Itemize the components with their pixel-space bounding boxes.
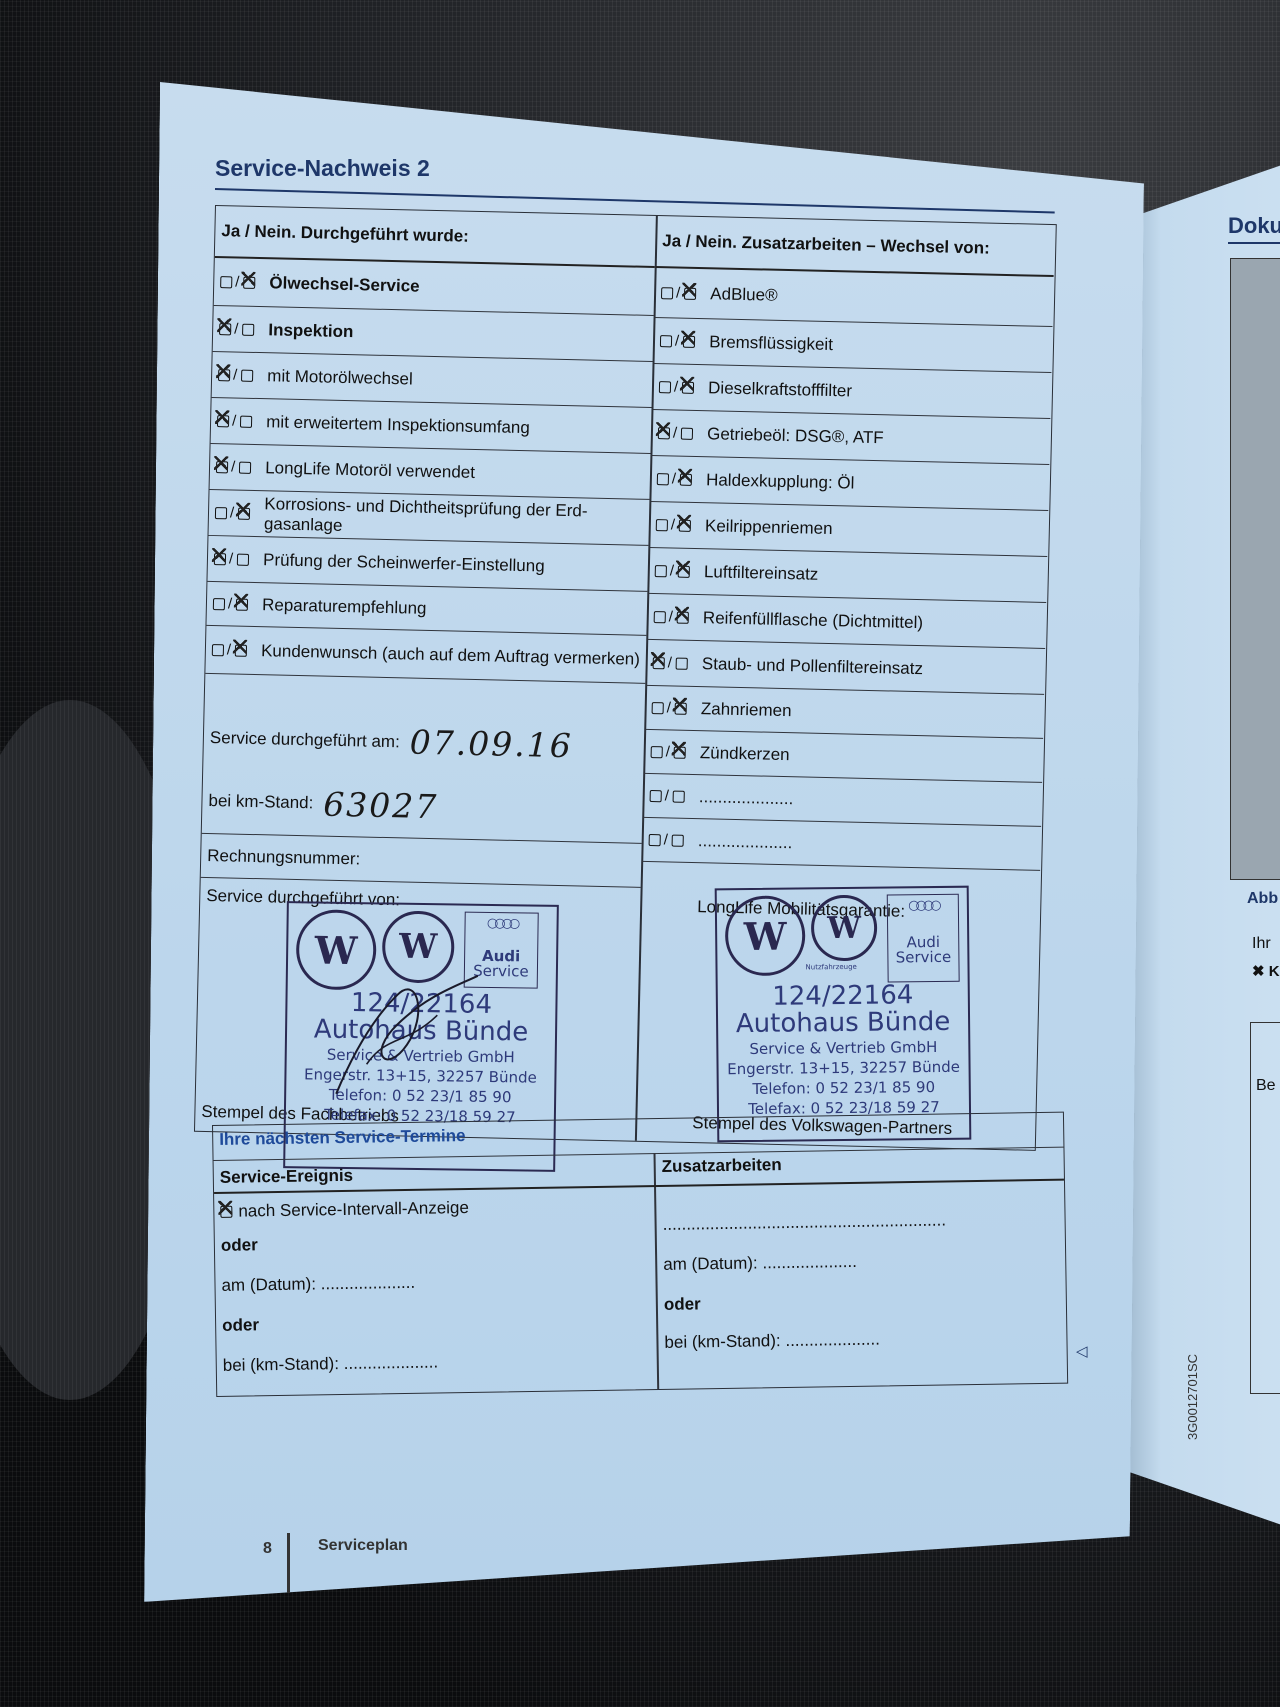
- service-date-value[interactable]: 07.09.16: [409, 723, 573, 766]
- ja-checkbox[interactable]: [657, 473, 669, 485]
- ja-nein-checkboxes: /: [659, 378, 695, 396]
- vw-logo-icon: W: [725, 895, 806, 976]
- checklist-label: AdBlue®: [710, 284, 778, 305]
- nein-checkbox[interactable]: [242, 323, 254, 335]
- ja-nein-checkboxes: /: [658, 424, 694, 442]
- checklist-label: ....................: [699, 787, 794, 809]
- checklist-label: Zahnriemen: [701, 699, 792, 721]
- separator: /: [233, 366, 239, 383]
- ja-checkbox[interactable]: [219, 323, 231, 335]
- ja-nein-checkboxes: /: [654, 608, 690, 626]
- ja-nein-checkboxes: /: [217, 412, 253, 430]
- left-checklist-row: /Kundenwunsch (auch auf dem Auftrag verm…: [205, 626, 646, 684]
- checklist-label: Luftfiltereinsatz: [704, 562, 819, 584]
- ja-checkbox[interactable]: [655, 565, 667, 577]
- right-checklist-row: /....................: [642, 818, 1041, 871]
- ja-nein-checkboxes: /: [656, 516, 692, 534]
- ja-nein-checkboxes: /: [214, 550, 250, 568]
- ja-nein-checkboxes: /: [652, 699, 688, 717]
- page-number: 8: [263, 1540, 272, 1558]
- continue-arrow-icon: ◁: [1076, 1342, 1088, 1360]
- additional-work-header: Zusatzarbeiten: [662, 1155, 782, 1177]
- checklist-label: LongLife Motoröl verwendet: [265, 458, 475, 482]
- km-label: bei km-Stand:: [208, 791, 313, 813]
- separator: /: [670, 562, 676, 579]
- nein-checkbox[interactable]: [673, 790, 685, 802]
- ja-checkbox[interactable]: [215, 507, 227, 519]
- checklist-label: Bremsflüssigkeit: [709, 332, 833, 354]
- ja-nein-checkboxes: /: [653, 654, 689, 672]
- ja-checkbox[interactable]: [660, 335, 672, 347]
- footer-divider: [287, 1533, 290, 1593]
- checklist-label: mit erweitertem Inspektionsumfang: [266, 412, 530, 438]
- separator: /: [676, 284, 682, 301]
- additional-date-field[interactable]: am (Datum): ....................: [663, 1252, 857, 1275]
- checklist-label: mit Motorölwechsel: [267, 366, 413, 389]
- interval-label: nach Service-Intervall-Anzeige: [238, 1198, 469, 1222]
- nein-checkbox[interactable]: [681, 427, 693, 439]
- divider: [214, 1147, 1064, 1162]
- ja-checkbox[interactable]: [658, 427, 670, 439]
- nein-checkbox[interactable]: [684, 287, 696, 299]
- ja-checkbox[interactable]: [656, 519, 668, 531]
- separator: /: [672, 470, 678, 487]
- ja-nein-checkboxes: /: [650, 787, 686, 805]
- checklist-label: ....................: [698, 831, 793, 853]
- ja-checkbox[interactable]: [650, 790, 662, 802]
- ja-checkbox[interactable]: [214, 553, 226, 565]
- nein-checkbox[interactable]: [240, 415, 252, 427]
- checklist-label: Staub- und Pollenfiltereinsatz: [702, 654, 924, 679]
- dealer-company: Service & Vertrieb GmbH: [718, 1036, 968, 1059]
- signature: [306, 953, 508, 1106]
- ja-nein-checkboxes: /: [649, 831, 685, 849]
- separator: /: [675, 332, 681, 349]
- checklist-label: Kundenwunsch (auch auf dem Auftrag verme…: [261, 641, 640, 669]
- ja-nein-checkboxes: /: [218, 366, 254, 384]
- footer-section: Serviceplan: [318, 1537, 408, 1555]
- right-page-image: [1230, 258, 1280, 880]
- ja-checkbox[interactable]: [649, 834, 661, 846]
- checklist-label: Getriebeöl: DSG®, ATF: [707, 424, 884, 448]
- interval-option[interactable]: nach Service-Intervall-Anzeige: [220, 1198, 469, 1222]
- ja-checkbox[interactable]: [652, 702, 664, 714]
- ja-nein-checkboxes: /: [213, 595, 249, 613]
- audi-rings-icon: ○○○○: [888, 899, 958, 913]
- nein-checkbox[interactable]: [243, 276, 255, 288]
- separator: /: [665, 787, 671, 804]
- next-service-title: Ihre nächsten Service-Termine: [219, 1126, 466, 1150]
- right-header-text: Ja / Nein. Zusatzarbeiten – Wechsel von:: [662, 231, 990, 258]
- nein-checkbox[interactable]: [676, 657, 688, 669]
- checklist-label: Korrosions- und Dichtheitsprüfung der Er…: [264, 494, 650, 542]
- ja-nein-checkboxes: /: [219, 320, 255, 338]
- nein-checkbox[interactable]: [683, 335, 695, 347]
- separator: /: [664, 831, 670, 848]
- ja-checkbox[interactable]: [216, 461, 228, 473]
- ja-checkbox[interactable]: [653, 657, 665, 669]
- separator: /: [671, 516, 677, 533]
- dealer-phone: Telefon: 0 52 23/1 85 90: [719, 1077, 969, 1100]
- ja-checkbox[interactable]: [661, 287, 673, 299]
- separator: /: [669, 608, 675, 625]
- interval-checkbox[interactable]: [220, 1206, 232, 1218]
- checklist-label: Haldexkupplung: Öl: [706, 470, 855, 493]
- right-title-underline: [1228, 242, 1280, 244]
- vw-nutzfahrzeuge-logo-icon: W: [811, 895, 878, 962]
- right-page-bullet: ✖ K: [1252, 962, 1280, 980]
- additional-work-field[interactable]: ........................................…: [662, 1210, 946, 1234]
- ja-nein-checkboxes: /: [661, 284, 697, 302]
- nein-checkbox[interactable]: [682, 381, 694, 393]
- nein-checkbox[interactable]: [236, 598, 248, 610]
- nein-checkbox[interactable]: [238, 507, 250, 519]
- nein-checkbox[interactable]: [677, 611, 689, 623]
- right-page-text: Ihr: [1252, 935, 1271, 953]
- right-page-cell: Be: [1256, 1077, 1276, 1095]
- oder-text: oder: [222, 1315, 259, 1336]
- ja-checkbox[interactable]: [217, 415, 229, 427]
- service-date-km-block: Service durchgeführt am: 07.09.16 bei km…: [202, 706, 645, 844]
- separator: /: [230, 504, 236, 521]
- ja-nein-checkboxes: /: [212, 641, 248, 659]
- nein-checkbox[interactable]: [235, 644, 247, 656]
- checklist-label: Keilrippenriemen: [705, 516, 833, 538]
- audi-rings-icon: ○○○○: [465, 917, 537, 932]
- ja-nein-checkboxes: /: [655, 562, 691, 580]
- separator: /: [673, 424, 679, 441]
- nein-checkbox[interactable]: [674, 746, 686, 758]
- ja-checkbox[interactable]: [218, 369, 230, 381]
- separator: /: [229, 550, 235, 567]
- ja-checkbox[interactable]: [659, 381, 671, 393]
- service-event-header: Service-Ereignis: [220, 1166, 354, 1188]
- ja-nein-checkboxes: /: [651, 743, 687, 761]
- nein-checkbox[interactable]: [239, 461, 251, 473]
- dealer-address: Engerstr. 13+15, 32257 Bünde: [718, 1057, 968, 1080]
- right-page-caption: Abb: [1247, 890, 1278, 908]
- ja-checkbox[interactable]: [213, 598, 225, 610]
- ja-nein-checkboxes: /: [216, 458, 252, 476]
- dealer-stamp-right: W W ○○○○ Audi Service Nutzfahrzeuge 124/…: [715, 886, 972, 1143]
- separator: /: [674, 378, 680, 395]
- nein-checkbox[interactable]: [241, 369, 253, 381]
- separator: /: [234, 320, 240, 337]
- checklist-label: Zündkerzen: [700, 743, 790, 765]
- next-date-field[interactable]: am (Datum): ....................: [221, 1273, 415, 1296]
- checklist-label: Inspektion: [268, 320, 353, 341]
- separator: /: [235, 273, 241, 290]
- separator: /: [232, 412, 238, 429]
- oder-text: oder: [221, 1235, 258, 1256]
- separator: /: [666, 743, 672, 760]
- nein-checkbox[interactable]: [237, 553, 249, 565]
- next-km-field[interactable]: bei (km-Stand): ....................: [223, 1352, 439, 1375]
- separator: /: [231, 458, 237, 475]
- checklist-label: Ölwechsel-Service: [269, 273, 420, 296]
- ja-nein-checkboxes: /: [657, 470, 693, 488]
- checklist-label: Reparaturempfehlung: [262, 595, 427, 618]
- invoice-label: Rechnungsnummer:: [207, 845, 360, 868]
- service-date-label: Service durchgeführt am:: [210, 728, 400, 752]
- separator: /: [667, 699, 673, 716]
- next-service-section: Ihre nächsten Service-Termine Service-Er…: [212, 1112, 1068, 1397]
- ja-nein-checkboxes: /: [660, 332, 696, 350]
- right-column-header: Ja / Nein. Zusatzarbeiten – Wechsel von:: [656, 216, 1055, 277]
- checklist-label: Dieselkraftstofffilter: [708, 378, 852, 401]
- ja-nein-checkboxes: /: [215, 504, 251, 522]
- ja-checkbox[interactable]: [220, 276, 232, 288]
- nein-checkbox[interactable]: [678, 565, 690, 577]
- additional-km-field[interactable]: bei (km-Stand): ....................: [664, 1330, 880, 1353]
- left-header-text: Ja / Nein. Durchgeführt wurde:: [221, 221, 469, 247]
- ja-checkbox[interactable]: [654, 611, 666, 623]
- service-text: Service: [888, 950, 958, 966]
- checklist-label: Reifenfüllflasche (Dichtmittel): [703, 608, 924, 633]
- nutzfahrzeuge-text: Nutzfahrzeuge: [805, 963, 856, 972]
- checklist-label: Prüfung der Scheinwerfer-Einstellung: [263, 550, 545, 576]
- ja-checkbox[interactable]: [212, 644, 224, 656]
- nein-checkbox[interactable]: [680, 473, 692, 485]
- separator: /: [228, 595, 234, 612]
- page-title: Service-Nachweis 2: [215, 155, 430, 182]
- dealer-name: Autohaus Bünde: [718, 1009, 968, 1039]
- ja-nein-checkboxes: /: [220, 273, 256, 291]
- right-page-title: Doku: [1228, 213, 1280, 239]
- audi-service-logo: ○○○○ Audi Service: [887, 894, 960, 983]
- separator: /: [668, 654, 674, 671]
- nein-checkbox[interactable]: [675, 702, 687, 714]
- nein-checkbox[interactable]: [672, 834, 684, 846]
- separator: /: [227, 641, 233, 658]
- divider: [653, 1153, 658, 1389]
- oder-text: oder: [664, 1294, 701, 1315]
- km-value[interactable]: 63027: [323, 784, 439, 826]
- nein-checkbox[interactable]: [679, 519, 691, 531]
- right-checklist-row: /AdBlue®: [655, 268, 1054, 327]
- ja-checkbox[interactable]: [651, 746, 663, 758]
- document-code: 3G0012701SC: [1185, 1354, 1200, 1440]
